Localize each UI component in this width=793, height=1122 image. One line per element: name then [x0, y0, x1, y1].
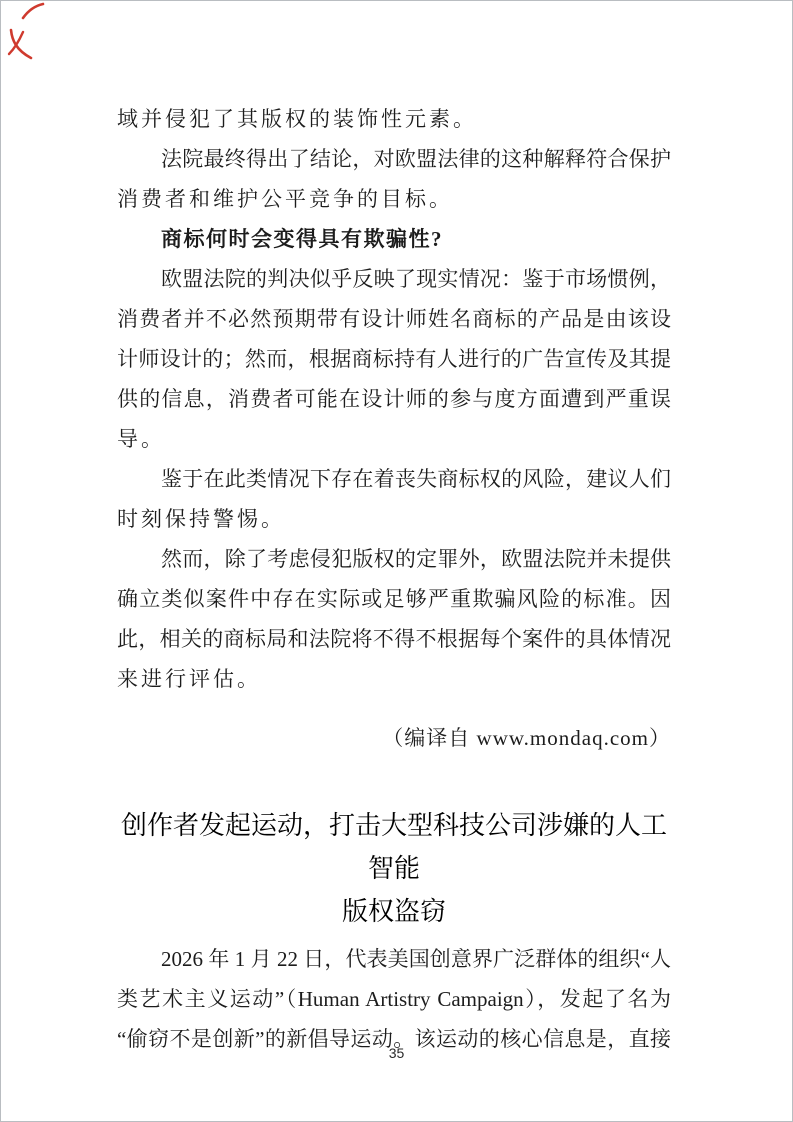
- page-number: 35: [1, 1045, 792, 1061]
- body-line: 类艺术主义运动”（Human Artistry Campaign），发起了名为: [117, 979, 671, 1019]
- body-line: 2026 年 1 月 22 日，代表美国创意界广泛群体的组织“人: [117, 939, 671, 979]
- body-line: 来进行评估。: [117, 659, 671, 699]
- body-line: 鉴于在此类情况下存在着丧失商标权的风险，建议人们: [117, 459, 671, 499]
- body-line: 域并侵犯了其版权的装饰性元素。: [117, 99, 671, 139]
- body-line: 消费者并不必然预期带有设计师姓名商标的产品是由该设: [117, 299, 671, 339]
- red-pen-mark-icon: [5, 28, 35, 62]
- subheading: 商标何时会变得具有欺骗性?: [117, 219, 671, 259]
- body-line: 供的信息，消费者可能在设计师的参与度方面遭到严重误: [117, 379, 671, 419]
- document-page: 域并侵犯了其版权的装饰性元素。 法院最终得出了结论，对欧盟法律的这种解释符合保护…: [0, 0, 793, 1122]
- article-title-line: 创作者发起运动，打击大型科技公司涉嫌的人工智能: [117, 804, 671, 890]
- source-attribution: （编译自 www.mondaq.com）: [117, 718, 671, 758]
- body-line: 确立类似案件中存在实际或足够严重欺骗风险的标准。因: [117, 579, 671, 619]
- body-line: 然而，除了考虑侵犯版权的定罪外，欧盟法院并未提供: [117, 539, 671, 579]
- body-line: 欧盟法院的判决似乎反映了现实情况：鉴于市场惯例，: [117, 259, 671, 299]
- page-content: 域并侵犯了其版权的装饰性元素。 法院最终得出了结论，对欧盟法律的这种解释符合保护…: [117, 99, 671, 1059]
- body-line: 消费者和维护公平竞争的目标。: [117, 179, 671, 219]
- body-line: 此，相关的商标局和法院将不得不根据每个案件的具体情况: [117, 619, 671, 659]
- body-line: 导。: [117, 419, 671, 459]
- body-line: 计师设计的；然而，根据商标持有人进行的广告宣传及其提: [117, 339, 671, 379]
- red-pen-mark-icon: [21, 2, 45, 24]
- article-title-line: 版权盗窃: [117, 890, 671, 933]
- body-line: 法院最终得出了结论，对欧盟法律的这种解释符合保护: [117, 139, 671, 179]
- body-line: 时刻保持警惕。: [117, 499, 671, 539]
